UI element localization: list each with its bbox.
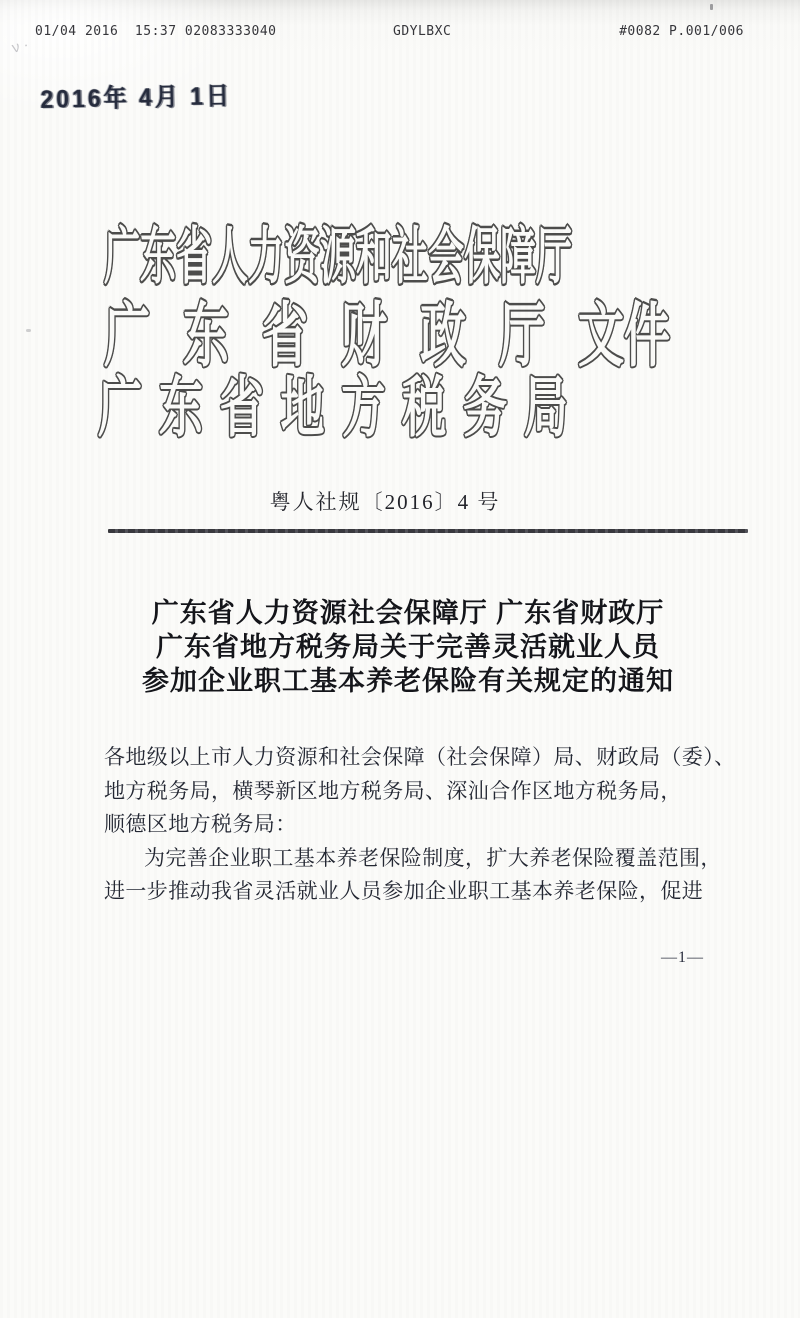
letterhead-char: 地 (281, 376, 325, 442)
body-text-line: 为完善企业职工基本养老保险制度，扩大养老保险覆盖范围， (104, 842, 754, 876)
letterhead-char: 东 (159, 376, 203, 442)
letterhead-char: 广 (104, 300, 150, 370)
received-date-stamp: 2016年 4月 1日 (40, 76, 232, 116)
document-title-line: 参加企业职工基本养老保险有关规定的通知 (8, 664, 800, 698)
letterhead-char: 东 (183, 300, 229, 370)
letterhead-char: 省 (220, 376, 264, 442)
fax-header-page-counter: #0082 P.001/006 (619, 24, 744, 39)
letterhead-char: 局 (524, 376, 568, 442)
fax-header-datetime: 01/04 2016 15:37 02083333040 (35, 24, 276, 39)
letterhead-line-2: 广 东 省 财 政 厅 文件 (104, 300, 670, 370)
letterhead-char: 税 (402, 376, 446, 442)
letterhead-char: 财 (341, 300, 387, 370)
letterhead-divider-rule (108, 529, 748, 533)
letterhead-char: 厅 (499, 300, 545, 370)
fax-header-station-code: GDYLBXC (393, 24, 451, 39)
letterhead-char: 政 (420, 300, 466, 370)
letterhead-line-1: 广东省人力资源和社会保障厅 (104, 226, 572, 288)
letterhead-char: 方 (341, 376, 385, 442)
letterhead-line-3: 广 东 省 地 方 税 务 局 (98, 376, 568, 442)
document-title-line: 广东省人力资源社会保障厅 广东省财政厅 (8, 596, 800, 630)
document-body: 各地级以上市人力资源和社会保障（社会保障）局、财政局（委）、 地方税务局，横琴新… (104, 741, 754, 909)
letterhead-char: 省 (262, 300, 308, 370)
addressee-line: 地方税务局，横琴新区地方税务局、深汕合作区地方税务局， (104, 775, 754, 809)
document-reference-number: 粤人社规〔2016〕4 号 (0, 486, 785, 516)
scanned-fax-page: 01/04 2016 15:37 02083333040 GDYLBXC #00… (0, 0, 800, 1318)
letterhead-char: 广 (98, 376, 142, 442)
letterhead-char: 文件 (578, 300, 670, 370)
page-number: —1— (661, 949, 704, 967)
letterhead-char: 务 (463, 376, 507, 442)
document-title-line: 广东省地方税务局关于完善灵活就业人员 (8, 630, 800, 664)
document-title: 广东省人力资源社会保障厅 广东省财政厅 广东省地方税务局关于完善灵活就业人员 参… (8, 596, 800, 698)
pencil-scribble-mark: ν · (10, 36, 30, 57)
body-text-line: 进一步推动我省灵活就业人员参加企业职工基本养老保险，促进 (104, 875, 754, 909)
addressee-line: 顺德区地方税务局： (104, 808, 754, 842)
addressee-line: 各地级以上市人力资源和社会保障（社会保障）局、财政局（委）、 (104, 741, 754, 775)
scan-speckle (26, 329, 31, 332)
scan-speckle (710, 4, 713, 10)
